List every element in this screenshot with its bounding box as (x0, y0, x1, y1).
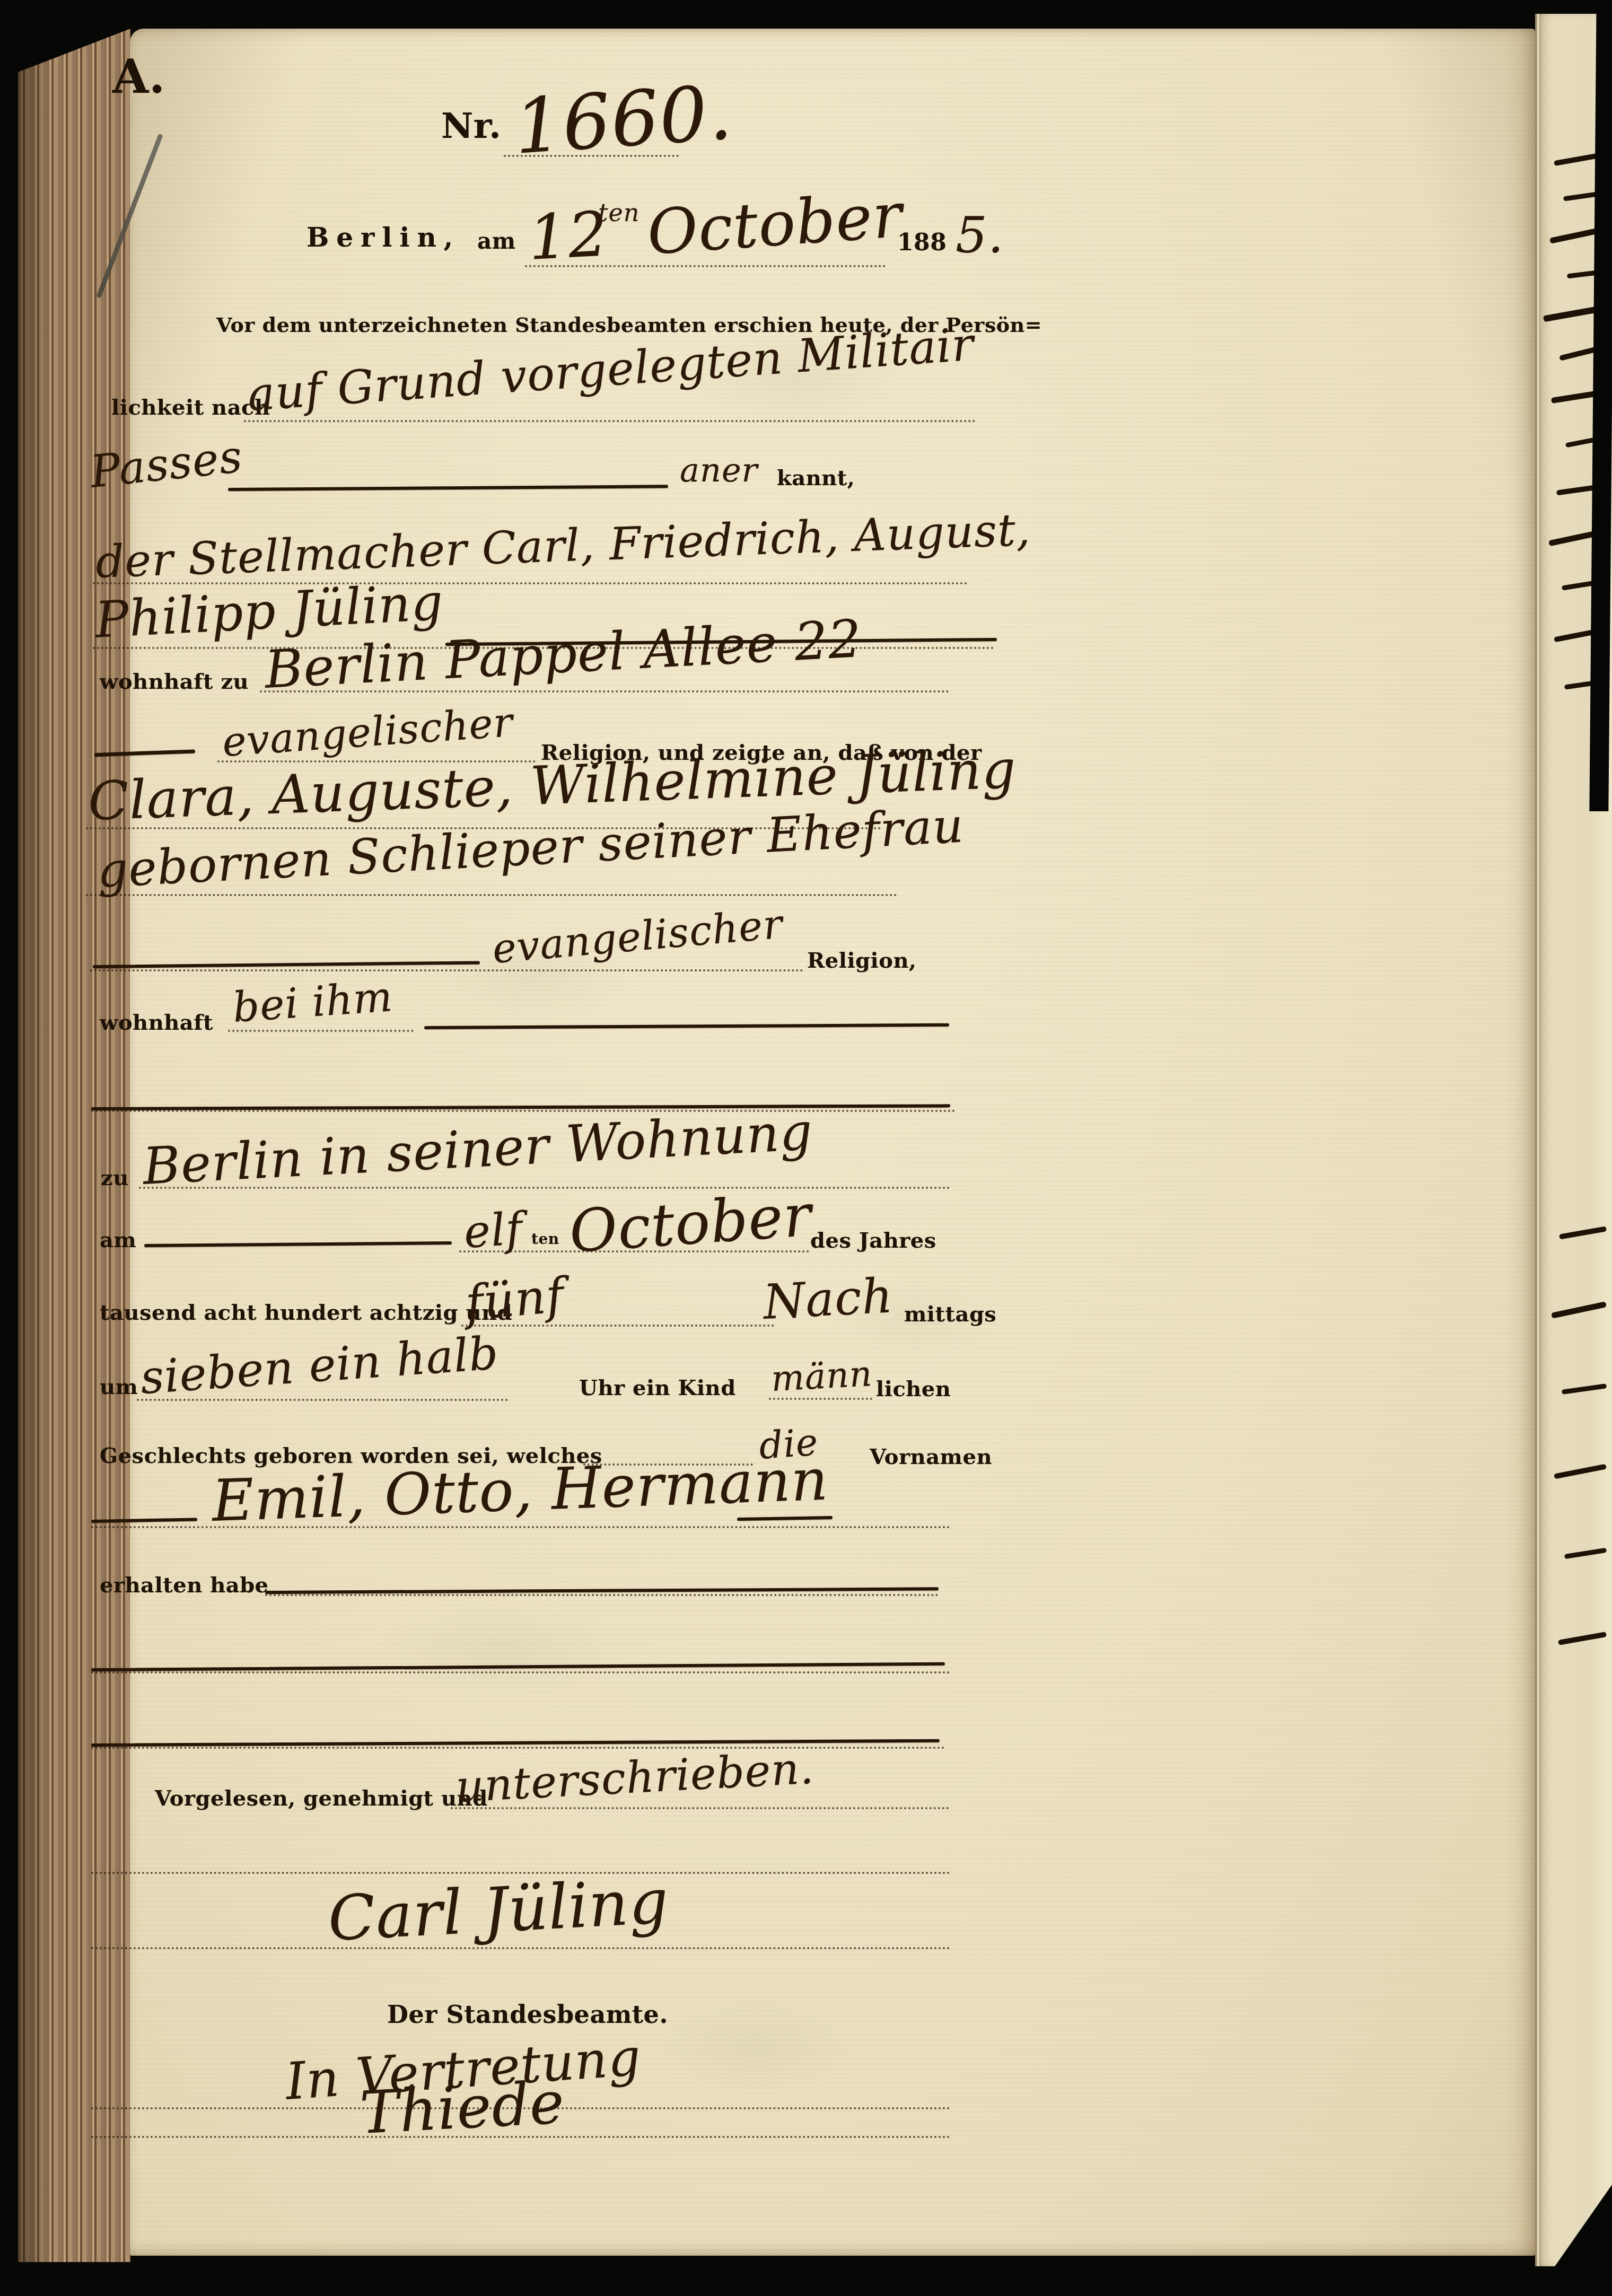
dateline-month-written: October (645, 185, 905, 264)
sex-written: männ (770, 1356, 873, 1397)
birthdate-day-suffix-printed: ten (531, 1230, 559, 1248)
residence-label: wohnhaft zu (100, 669, 249, 694)
dotted-rule (244, 420, 976, 422)
dotted-rule (91, 1947, 950, 1949)
time-after-label: Uhr ein Kind (579, 1375, 736, 1400)
intro-line2-label: lichkeit nach (111, 395, 270, 420)
daytime-printed: mittags (904, 1302, 996, 1327)
declarant-signature: Carl Jüling (327, 1871, 670, 1950)
dotted-rule (91, 2136, 950, 2138)
dotted-rule (504, 155, 679, 157)
dateline-day-written: 12 (527, 204, 609, 269)
book-binding-page-stack (18, 29, 130, 2262)
dateline-day-suffix-written: ten (598, 200, 639, 225)
mother-religion-printed: Religion, (807, 948, 916, 973)
birthdate-month-written: October (567, 1186, 813, 1261)
dotted-rule (139, 1187, 950, 1189)
dotted-rule (260, 690, 949, 693)
dotted-rule (90, 969, 803, 971)
dateline-am-label: am (477, 228, 516, 254)
registrar-title: Der Standesbeamte. (387, 2000, 668, 2029)
dotted-rule (525, 265, 886, 267)
birthplace-label: zu (101, 1165, 129, 1190)
dotted-rule (91, 1747, 945, 1749)
birthdate-year-label: des Jahres (810, 1228, 936, 1253)
dotted-rule (461, 1325, 774, 1327)
record-number-value: 1660. (512, 75, 734, 165)
birthdate-am-label: am (100, 1228, 136, 1252)
recognized-printed: kannt, (777, 466, 855, 490)
recognized-written: aner (680, 454, 758, 487)
registrar-signature: Thiede (358, 2073, 566, 2142)
birthdate-day-written: elf (462, 1206, 524, 1255)
dotted-rule (137, 1399, 508, 1401)
record-number-label: Nr. (441, 105, 502, 146)
dotted-rule (93, 582, 968, 584)
dotted-rule (228, 1030, 414, 1032)
mother-residence-written: bei ihm (232, 976, 395, 1029)
dotted-rule (91, 1526, 950, 1528)
dotted-rule (86, 894, 897, 896)
dateline-year-printed: 188 (897, 229, 947, 256)
dotted-rule (265, 1594, 939, 1596)
mother-residence-label: wohnhaft (100, 1010, 213, 1035)
dotted-rule (91, 1110, 956, 1112)
dateline-year-written: 5. (956, 211, 1004, 261)
year-line-printed: tausend acht hundert achtzig und (100, 1300, 512, 1325)
margin-letter: A. (112, 49, 165, 104)
names-label-printed: Vornamen (870, 1444, 992, 1469)
sex-printed: lichen (876, 1377, 951, 1401)
dateline-city: Berlin, (306, 222, 460, 253)
time-um-label: um (100, 1374, 138, 1399)
scanned-register-page: A. Nr. 1660. Berlin, am 12 ten October 1… (0, 0, 1612, 2295)
dotted-rule (91, 1671, 950, 1673)
dotted-rule (769, 1398, 872, 1400)
received-label: erhalten habe (100, 1573, 269, 1598)
dotted-rule (459, 1250, 809, 1252)
daytime-written: Nach (762, 1272, 894, 1327)
year-written: fünf (463, 1272, 566, 1328)
dotted-rule (451, 1807, 949, 1809)
closing-printed: Vorgelesen, genehmigt und (155, 1786, 488, 1811)
